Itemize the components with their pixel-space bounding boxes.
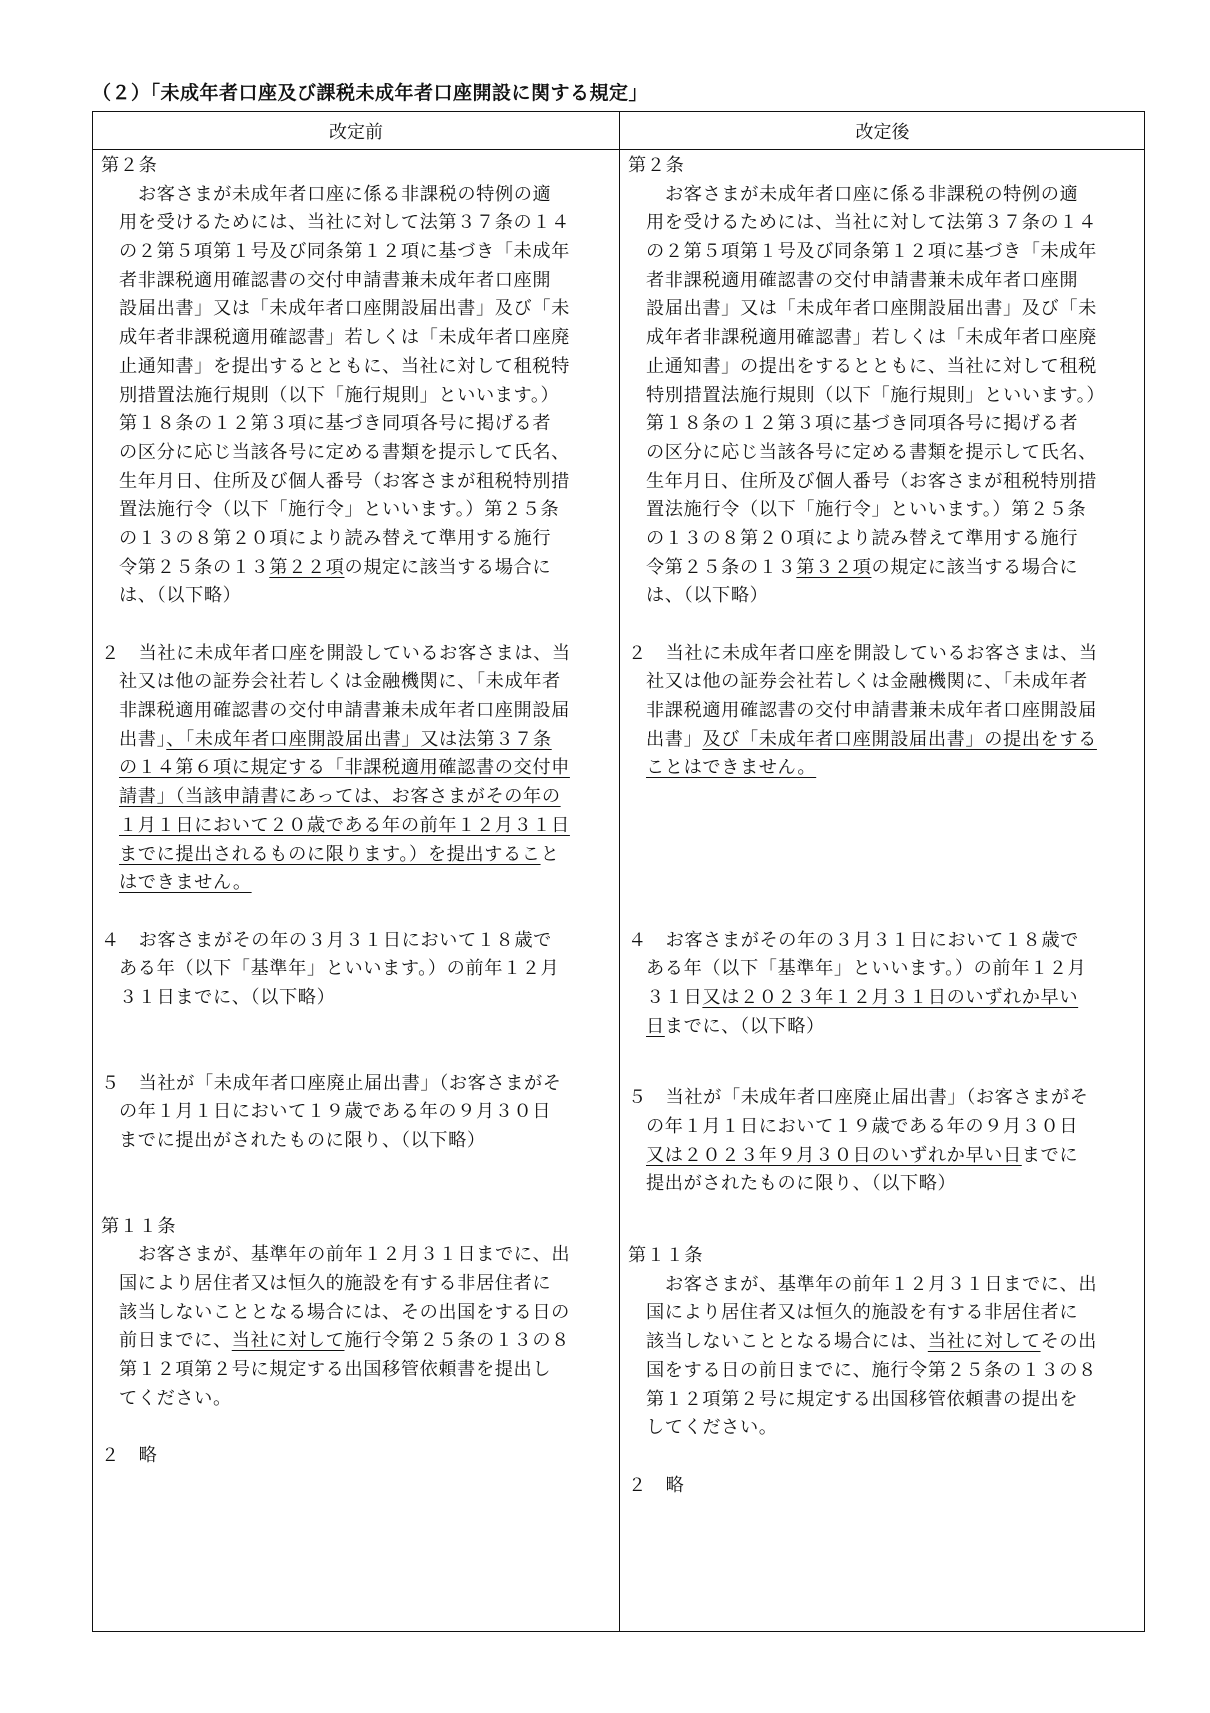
text-line: 止通知書」の提出をするとともに、当社に対して租税 xyxy=(628,353,1138,382)
amended-text: 請書」（当該申請書にあっては、お客さまがその年の xyxy=(119,786,561,807)
text-line: 社又は他の証券会社若しくは金融機関に、「未成年者 xyxy=(101,668,611,697)
text-line: の２第５項第１号及び同条第１２項に基づき「未成年 xyxy=(101,238,611,267)
article-2-body: お客さまが未成年者口座に係る非課税の特例の適用を受けるためには、当社に対して法第… xyxy=(101,181,611,611)
text-line: の区分に応じ当該各号に定める書類を提示して氏名、 xyxy=(628,439,1138,468)
amended-text: 日 xyxy=(646,1016,665,1037)
text-line: 出書」、「未成年者口座開設届出書」又は法第３７条 xyxy=(101,726,611,755)
amended-text: の１４第６項に規定する「非課税適用確認書の交付申 xyxy=(119,757,570,778)
article-11-body: お客さまが、基準年の前年１２月３１日までに、出国により居住者又は恒久的施設を有す… xyxy=(628,1271,1138,1443)
text-line: までに提出がされたものに限り、（以下略） xyxy=(101,1127,611,1156)
text-line: の年１月１日において１９歳である年の９月３０日 xyxy=(101,1098,611,1127)
text-line: の区分に応じ当該各号に定める書類を提示して氏名、 xyxy=(101,439,611,468)
text-line: ５ 当社が「未成年者口座廃止届出書」（お客さまがそ xyxy=(628,1084,1138,1113)
text-line: 非課税適用確認書の交付申請書兼未成年者口座開設届 xyxy=(628,697,1138,726)
text-line: お客さまが、基準年の前年１２月３１日までに、出 xyxy=(628,1271,1138,1300)
amended-text: 又は２０２３年９月３０日のいずれか早い日 xyxy=(646,1145,1022,1166)
text-line: 成年者非課税適用確認書」若しくは「未成年者口座廃 xyxy=(628,324,1138,353)
article-2-para-2: ２ 当社に未成年者口座を開設しているお客さまは、当社又は他の証券会社若しくは金融… xyxy=(628,640,1138,898)
header-after: 改定後 xyxy=(620,112,1145,149)
text-line: 生年月日、住所及び個人番号（お客さまが租税特別措 xyxy=(101,468,611,497)
text-line: 用を受けるためには、当社に対して法第３７条の１４ xyxy=(101,209,611,238)
text-line: ２ 当社に未成年者口座を開設しているお客さまは、当 xyxy=(628,640,1138,669)
text-line: １月１日において２０歳である年の前年１２月３１日 xyxy=(101,812,611,841)
text-line: 令第２５条の１３第２２項の規定に該当する場合に xyxy=(101,554,611,583)
comparison-table: 改定前 改定後 第２条 お客さまが未成年者口座に係る非課税の特例の適用を受けるた… xyxy=(92,111,1145,1632)
amended-text: 当社に対して xyxy=(232,1330,345,1351)
text-line: 国をする日の前日までに、施行令第２５条の１３の８ xyxy=(628,1357,1138,1386)
text-line: お客さまが未成年者口座に係る非課税の特例の適 xyxy=(101,181,611,210)
amended-text: ことはできません。 xyxy=(646,757,816,778)
column-divider xyxy=(619,149,620,1631)
text-line: 日までに、（以下略） xyxy=(628,1013,1138,1042)
amended-text: 当社に対して xyxy=(928,1331,1041,1352)
text-line: ３１日までに、（以下略） xyxy=(101,984,611,1013)
article-11-body: お客さまが、基準年の前年１２月３１日までに、出国により居住者又は恒久的施設を有す… xyxy=(101,1241,611,1413)
text-line: 特別措置法施行規則（以下「施行規則」といいます。） xyxy=(628,382,1138,411)
text-line: お客さまが未成年者口座に係る非課税の特例の適 xyxy=(628,181,1138,210)
text-line: ５ 当社が「未成年者口座廃止届出書」（お客さまがそ xyxy=(101,1070,611,1099)
amended-text: 第２２項 xyxy=(269,557,344,578)
text-line: の１４第６項に規定する「非課税適用確認書の交付申 xyxy=(101,754,611,783)
text-line: 請書」（当該申請書にあっては、お客さまがその年の xyxy=(101,783,611,812)
text-line: 第１２項第２号に規定する出国移管依頼書の提出を xyxy=(628,1386,1138,1415)
text-line: の１３の８第２０項により読み替えて準用する施行 xyxy=(101,525,611,554)
text-line: 出書」及び「未成年者口座開設届出書」の提出をする xyxy=(628,726,1138,755)
text-line: 止通知書」を提出するとともに、当社に対して租税特 xyxy=(101,353,611,382)
text-line: 又は２０２３年９月３０日のいずれか早い日までに xyxy=(628,1142,1138,1171)
article-2-heading: 第２条 xyxy=(101,152,611,181)
text-line: 者非課税適用確認書の交付申請書兼未成年者口座開 xyxy=(101,267,611,296)
article-2-body: お客さまが未成年者口座に係る非課税の特例の適用を受けるためには、当社に対して法第… xyxy=(628,181,1138,611)
amended-text: 又は２０２３年１２月３１日のいずれか早い xyxy=(702,987,1078,1008)
article-11-heading: 第１１条 xyxy=(628,1242,1138,1271)
text-line: 前日までに、当社に対して施行令第２５条の１３の８ xyxy=(101,1327,611,1356)
text-line: お客さまが、基準年の前年１２月３１日までに、出 xyxy=(101,1241,611,1270)
article-11-heading: 第１１条 xyxy=(101,1213,611,1242)
amended-text: １月１日において２０歳である年の前年１２月３１日 xyxy=(119,815,570,836)
text-line: 別措置法施行規則（以下「施行規則」といいます。） xyxy=(101,382,611,411)
text-line: はできません。 xyxy=(101,869,611,898)
header-before: 改定前 xyxy=(93,112,620,149)
text-line: 者非課税適用確認書の交付申請書兼未成年者口座開 xyxy=(628,267,1138,296)
amended-text: 第３２項 xyxy=(796,557,871,578)
text-line: の２第５項第１号及び同条第１２項に基づき「未成年 xyxy=(628,238,1138,267)
text-line: 該当しないこととなる場合には、当社に対してその出 xyxy=(628,1328,1138,1357)
text-line: 生年月日、住所及び個人番号（お客さまが租税特別措 xyxy=(628,468,1138,497)
text-line: の年１月１日において１９歳である年の９月３０日 xyxy=(628,1113,1138,1142)
article-11-para-2: ２ 略 xyxy=(628,1472,1138,1501)
text-line: ４ お客さまがその年の３月３１日において１８歳で xyxy=(101,927,611,956)
text-line: ある年（以下「基準年」といいます。）の前年１２月 xyxy=(101,955,611,984)
amended-text: 及び「未成年者口座開設届出書」の提出をする xyxy=(702,729,1097,750)
table-header-row: 改定前 改定後 xyxy=(93,112,1144,150)
text-line: 国により居住者又は恒久的施設を有する非居住者に xyxy=(101,1270,611,1299)
article-11-para-2: ２ 略 xyxy=(101,1442,611,1471)
text-line: 国により居住者又は恒久的施設を有する非居住者に xyxy=(628,1299,1138,1328)
text-line: てください。 xyxy=(101,1385,611,1414)
amended-text: はできません。 xyxy=(119,872,252,893)
column-after: 第２条 お客さまが未成年者口座に係る非課税の特例の適用を受けるためには、当社に対… xyxy=(628,152,1138,1500)
page-title: （２）「未成年者口座及び課税未成年者口座開設に関する規定」 xyxy=(92,78,648,105)
text-line: ことはできません。 xyxy=(628,754,1138,783)
text-line: ３１日又は２０２３年１２月３１日のいずれか早い xyxy=(628,984,1138,1013)
column-before: 第２条 お客さまが未成年者口座に係る非課税の特例の適用を受けるためには、当社に対… xyxy=(101,152,611,1471)
article-2-para-5: ５ 当社が「未成年者口座廃止届出書」（お客さまがその年１月１日において１９歳であ… xyxy=(628,1084,1138,1199)
text-line: までに提出されるものに限ります。）を提出すること xyxy=(101,841,611,870)
text-line: 非課税適用確認書の交付申請書兼未成年者口座開設届 xyxy=(101,697,611,726)
text-line: ある年（以下「基準年」といいます。）の前年１２月 xyxy=(628,955,1138,984)
text-line: ４ お客さまがその年の３月３１日において１８歳で xyxy=(628,927,1138,956)
text-line: 第１２項第２号に規定する出国移管依頼書を提出し xyxy=(101,1356,611,1385)
text-line: 置法施行令（以下「施行令」といいます。）第２５条 xyxy=(101,496,611,525)
text-line: 第１８条の１２第３項に基づき同項各号に掲げる者 xyxy=(628,410,1138,439)
amended-text: までに提出されるものに限ります。）を提出するこ xyxy=(119,844,541,865)
text-line: ２ 当社に未成年者口座を開設しているお客さまは、当 xyxy=(101,640,611,669)
article-2-para-2: ２ 当社に未成年者口座を開設しているお客さまは、当社又は他の証券会社若しくは金融… xyxy=(101,640,611,898)
text-line: 該当しないこととなる場合には、その出国をする日の xyxy=(101,1299,611,1328)
article-2-heading: 第２条 xyxy=(628,152,1138,181)
text-line: 用を受けるためには、当社に対して法第３７条の１４ xyxy=(628,209,1138,238)
text-line: 設届出書」又は「未成年者口座開設届出書」及び「未 xyxy=(628,295,1138,324)
text-line: 置法施行令（以下「施行令」といいます。）第２５条 xyxy=(628,496,1138,525)
text-line: の１３の８第２０項により読み替えて準用する施行 xyxy=(628,525,1138,554)
text-line: 第１８条の１２第３項に基づき同項各号に掲げる者 xyxy=(101,410,611,439)
text-line: してください。 xyxy=(628,1414,1138,1443)
text-line: は、（以下略） xyxy=(101,582,611,611)
text-line: 設届出書」又は「未成年者口座開設届出書」及び「未 xyxy=(101,295,611,324)
text-line: は、（以下略） xyxy=(628,582,1138,611)
text-line: 提出がされたものに限り、（以下略） xyxy=(628,1170,1138,1199)
amended-text: 、「未成年者口座開設届出書」又は法第３７条 xyxy=(166,729,551,750)
text-line: 令第２５条の１３第３２項の規定に該当する場合に xyxy=(628,554,1138,583)
text-line: 成年者非課税適用確認書」若しくは「未成年者口座廃 xyxy=(101,324,611,353)
article-2-para-4: ４ お客さまがその年の３月３１日において１８歳である年（以下「基準年」といいます… xyxy=(101,927,611,1013)
text-line: 社又は他の証券会社若しくは金融機関に、「未成年者 xyxy=(628,668,1138,697)
article-2-para-5: ５ 当社が「未成年者口座廃止届出書」（お客さまがその年１月１日において１９歳であ… xyxy=(101,1070,611,1156)
article-2-para-4: ４ お客さまがその年の３月３１日において１８歳である年（以下「基準年」といいます… xyxy=(628,927,1138,1042)
